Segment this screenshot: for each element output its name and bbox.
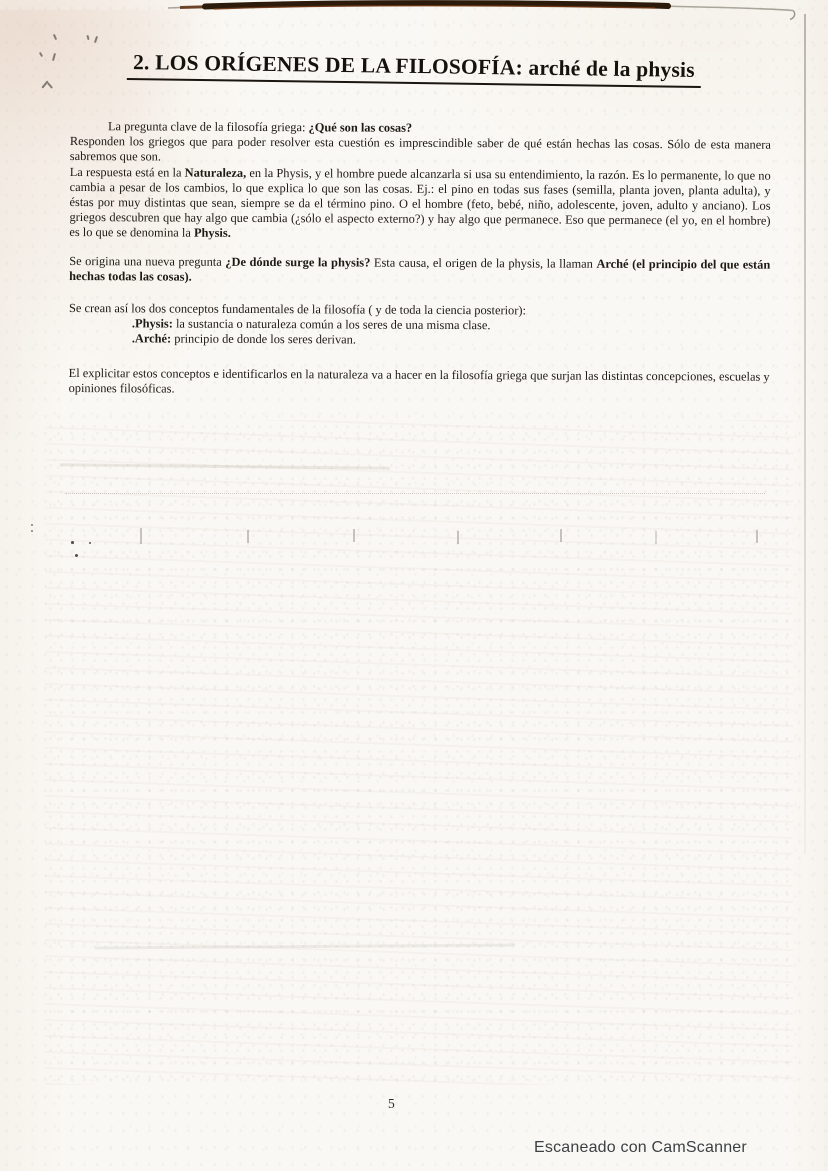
ghost-dash: [353, 529, 355, 542]
text-run: .Arché:: [132, 332, 171, 346]
text-run: La respuesta está en la: [70, 165, 185, 180]
camscanner-watermark: Escaneado con CamScanner: [534, 1139, 747, 1157]
page-title: 2. LOS ORÍGENES DE LA FILOSOFÍA: arché d…: [127, 50, 701, 88]
ghost-dash: [457, 531, 459, 544]
paragraph-nueva-pregunta-arche: Se origina una nueva pregunta ¿De dónde …: [69, 254, 770, 288]
stray-mark: [31, 530, 33, 532]
text-run: La pregunta clave de la filosofía griega…: [108, 119, 309, 134]
ghost-dash: [140, 528, 142, 544]
text-run: ¿De dónde surge la physis?: [225, 254, 370, 269]
page-number: 5: [388, 1096, 395, 1112]
text-run: Se origina una nueva pregunta: [69, 254, 225, 269]
concept-arche-definition: .Arché: principio de donde los seres der…: [69, 331, 770, 350]
ghost-dash: [560, 529, 562, 542]
text-run: Esta causa, el origen de la physis, la l…: [370, 255, 596, 270]
text-run: Naturaleza,: [185, 165, 247, 179]
text-run: El explicitar estos conceptos e identifi…: [69, 366, 770, 396]
ghost-dash: [655, 531, 657, 544]
text-run: Physis.: [194, 226, 231, 240]
stray-mark: [31, 524, 33, 526]
scanned-document-page: { "doc": { "title": "2. LOS ORÍGENES DE …: [0, 0, 828, 1171]
scan-top-edge-band: [0, 0, 828, 24]
paragraph-responden: Responden los griegos que para poder res…: [70, 134, 771, 168]
document-body: La pregunta clave de la filosofía griega…: [69, 119, 771, 400]
paragraph-respuesta-naturaleza: La respuesta está en la Naturaleza, en l…: [69, 165, 770, 245]
text-run: principio de donde los seres derivan.: [171, 332, 356, 347]
bleed-through-ghost-text: [45, 420, 793, 1085]
text-run: ¿Qué son las cosas?: [309, 120, 413, 135]
ghost-line: [65, 493, 765, 494]
paragraph-explicitar-conceptos: El explicitar estos conceptos e identifi…: [69, 366, 770, 400]
ghost-dash: [247, 530, 249, 543]
text-run: Responden los griegos que para poder res…: [70, 134, 771, 164]
text-run: la sustancia o naturaleza común a los se…: [173, 317, 491, 333]
ink-speck: [89, 542, 91, 544]
ghost-dash: [756, 530, 758, 543]
text-run: .Physis:: [132, 317, 173, 331]
text-run: Se crean así los dos conceptos fundament…: [69, 301, 526, 317]
ink-speck: [71, 541, 74, 544]
ink-speck: [75, 554, 78, 557]
scan-right-edge-line: [804, 14, 806, 854]
